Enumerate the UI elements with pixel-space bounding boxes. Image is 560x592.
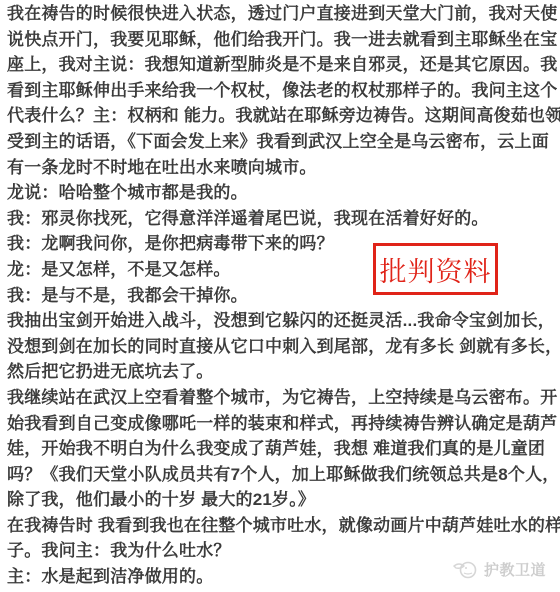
critique-stamp: 批判资料: [373, 243, 498, 295]
text-line: 我在祷告的时候很快进入状态，透过门户直接进到天堂大门前，我对天使: [7, 1, 556, 27]
text-line: 然后把它扔进无底坑去了。: [7, 359, 556, 385]
watermark: 护教卫道: [452, 559, 546, 580]
logo-icon: [452, 560, 480, 580]
paragraph: 在我祷告时 我看到我也在往整个城市吐水，就像动画片中葫芦娃吐水的样子。我问主：我…: [7, 513, 556, 564]
document-body: 我在祷告的时候很快进入状态，透过门户直接进到天堂大门前，我对天使说快点开门，我要…: [7, 1, 556, 590]
text-line: 在我祷告时 我看到我也在往整个城市吐水，就像动画片中葫芦娃吐水的样: [7, 513, 556, 539]
text-line: 我抽出宝剑开始进入战斗，没想到它躲闪的还挺灵活...我命令宝剑加长，: [7, 308, 556, 334]
text-line: 始我看到自己变成像哪吒一样的装束和样式，再持续祷告辨认确定是葫芦: [7, 411, 556, 437]
text-line: 我：邪灵你找死，它得意洋洋遥着尾巴说，我现在活着好好的。: [7, 206, 556, 232]
text-line: 娃，开始我不明白为什么我变成了葫芦娃，我想 难道我们真的是儿童团: [7, 436, 556, 462]
paragraph: 我继续站在武汉上空看着整个城市，为它祷告，上空持续是乌云密布。开始我看到自己变成…: [7, 385, 556, 513]
text-line: 龙说：哈哈整个城市都是我的。: [7, 180, 556, 206]
text-line: 说快点开门，我要见耶稣，他们给我开门。我一进去就看到主耶稣坐在宝: [7, 27, 556, 53]
paragraph: 龙说：哈哈整个城市都是我的。: [7, 180, 556, 206]
text-line: 代表什么？主：权柄和 能力。我就站在耶稣旁边祷告。这期间高俊茹也领: [7, 103, 556, 129]
critique-stamp-label: 批判资料: [380, 250, 492, 289]
text-line: 座上，我对主说：我想知道新型肺炎是不是来自邪灵，还是其它原因。我: [7, 52, 556, 78]
text-line: 有一条龙时不时地在吐出水来喷向城市。: [7, 155, 556, 181]
text-line: 我继续站在武汉上空看着整个城市，为它祷告，上空持续是乌云密布。开: [7, 385, 556, 411]
paragraph: 我在祷告的时候很快进入状态，透过门户直接进到天堂大门前，我对天使说快点开门，我要…: [7, 1, 556, 180]
text-line: 没想到剑在加长的同时直接从它口中刺入到尾部，龙有多长 剑就有多长，: [7, 334, 556, 360]
text-line: 看到主耶稣伸出手来给我一个权杖，像法老的权杖那样子的。我问主这个: [7, 78, 556, 104]
paragraph: 我：邪灵你找死，它得意洋洋遥着尾巴说，我现在活着好好的。: [7, 206, 556, 232]
text-line: 受到主的话语，《下面会发上来》我看到武汉上空全是乌云密布，云上面: [7, 129, 556, 155]
paragraph: 我抽出宝剑开始进入战斗，没想到它躲闪的还挺灵活...我命令宝剑加长，没想到剑在加…: [7, 308, 556, 385]
watermark-label: 护教卫道: [484, 559, 546, 580]
text-line: 吗？《我们天堂小队成员共有7个人，加上耶稣做我们统领总共是8个人，: [7, 462, 556, 488]
text-line: 除了我，他们最小的十岁 最大的21岁。》: [7, 487, 556, 513]
